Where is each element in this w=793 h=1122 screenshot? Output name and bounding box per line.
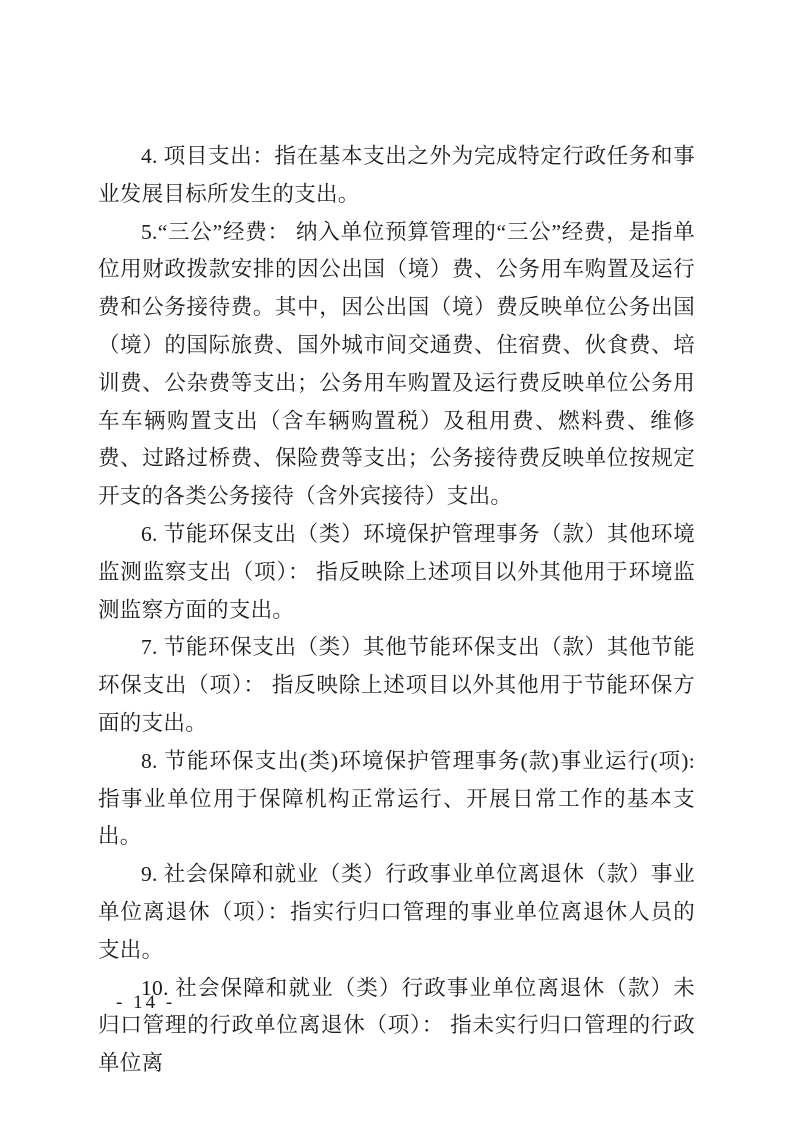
page-number: - 14 - xyxy=(116,992,175,1014)
document-body: 4. 项目支出：指在基本支出之外为完成特定行政任务和事业发展目标所发生的支出。 … xyxy=(98,138,695,1083)
paragraph-item-7: 7. 节能环保支出（类）其他节能环保支出（款）其他节能环保支出（项）： 指反映除… xyxy=(98,629,695,742)
paragraph-item-10: 10. 社会保障和就业（类）行政事业单位离退休（款）未归口管理的行政单位离退休（… xyxy=(98,970,695,1083)
paragraph-item-8: 8. 节能环保支出(类)环境保护管理事务(款)事业运行(项): 指事业单位用于保… xyxy=(98,743,695,856)
document-page: 4. 项目支出：指在基本支出之外为完成特定行政任务和事业发展目标所发生的支出。 … xyxy=(0,0,793,1122)
paragraph-item-6: 6. 节能环保支出（类）环境保护管理事务（款）其他环境监测监察支出（项）： 指反… xyxy=(98,516,695,629)
paragraph-item-9: 9. 社会保障和就业（类）行政事业单位离退休（款）事业单位离退休（项）：指实行归… xyxy=(98,856,695,969)
paragraph-term-sangong: 5.“三公”经费： 纳入单位预算管理的“三公”经费，是指单位用财政拨款安排的因公… xyxy=(98,214,695,516)
paragraph-item-4: 4. 项目支出：指在基本支出之外为完成特定行政任务和事业发展目标所发生的支出。 xyxy=(98,138,695,214)
